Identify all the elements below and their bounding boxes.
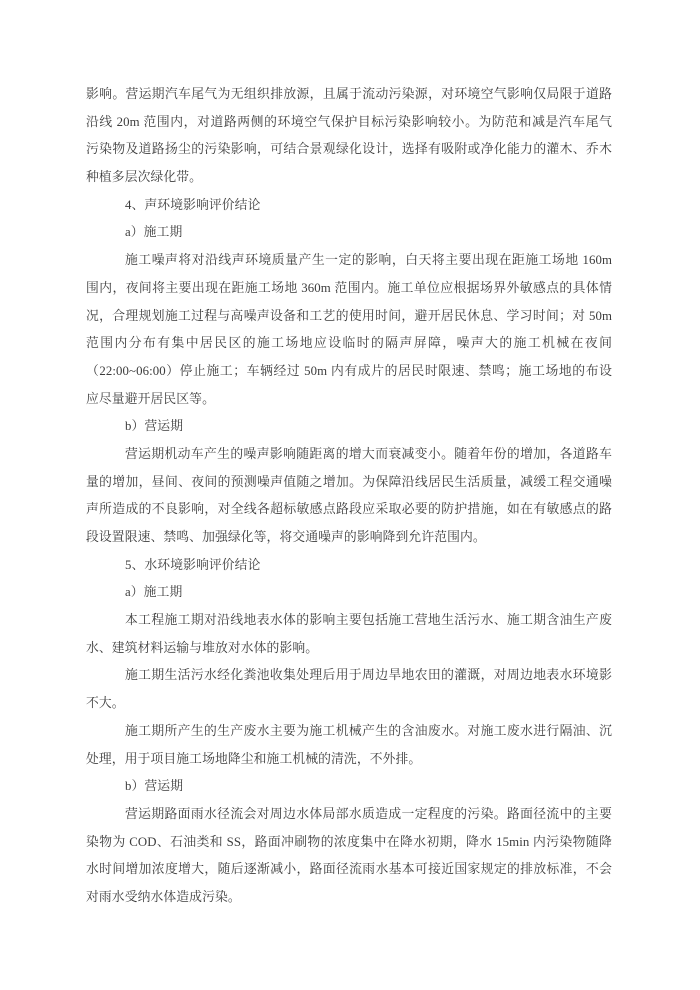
section: b）营运期 — [86, 773, 612, 801]
section: b）营运期 — [86, 413, 612, 441]
section: a）施工期 — [86, 579, 612, 607]
paragraph: 本工程施工期对沿线地表水体的影响主要包括施工营地生活污水、施工期含油生产废 水、… — [86, 607, 612, 662]
body-text-line: 水、建筑材料运输与堆放对水体的影响。 — [86, 635, 612, 663]
paragraph: 营运期机动车产生的噪声影响随距离的增大而衰减变小。随着年份的增加，各道路车流 量… — [86, 441, 612, 552]
body-text-line: 营运期机动车产生的噪声影响随距离的增大而衰减变小。随着年份的增加，各道路车流 — [86, 441, 612, 469]
section-heading: 5、水环境影响评价结论 — [86, 552, 612, 580]
body-text-line: 施工期生活污水经化粪池收集处理后用于周边旱地农田的灌溉，对周边地表水环境影响 — [86, 662, 612, 690]
body-text-line: 应尽量避开居民区等。 — [86, 386, 612, 414]
paragraph: 施工噪声将对沿线声环境质量产生一定的影响，白天将主要出现在距施工场地 160m … — [86, 247, 612, 413]
body-text-line: 段设置限速、禁鸣、加强绿化等，将交通噪声的影响降到允许范围内。 — [86, 524, 612, 552]
paragraph: 影响。营运期汽车尾气为无组织排放源，且属于流动污染源，对环境空气影响仅局限于道路… — [86, 81, 612, 192]
body-text-line: 营运期路面雨水径流会对周边水体局部水质造成一定程度的污染。路面径流中的主要污 — [86, 801, 612, 829]
body-text-line: 不大。 — [86, 690, 612, 718]
body-text-line: 量的增加，昼间、夜间的预测噪声值随之增加。为保障沿线居民生活质量，减缓工程交通噪 — [86, 469, 612, 497]
section: a）施工期 — [86, 219, 612, 247]
subsection-heading: b）营运期 — [86, 773, 612, 801]
body-text-line: 围内，夜间将主要出现在距施工场地 360m 范围内。施工单位应根据场界外敏感点的… — [86, 275, 612, 303]
body-text-line: 声所造成的不良影响，对全线各超标敏感点路段应采取必要的防护措施，如在有敏感点的路 — [86, 496, 612, 524]
section-heading: 4、声环境影响评价结论 — [86, 192, 612, 220]
subsection-heading: b）营运期 — [86, 413, 612, 441]
body-text-line: 影响。营运期汽车尾气为无组织排放源，且属于流动污染源，对环境空气影响仅局限于道路 — [86, 81, 612, 109]
body-text-line: 况，合理规划施工过程与高噪声设备和工艺的使用时间，避开居民休息、学习时间；对 5… — [86, 303, 612, 331]
subsection-heading: a）施工期 — [86, 219, 612, 247]
paragraph: 施工期所产生的生产废水主要为施工机械产生的含油废水。对施工废水进行隔油、沉渣 处… — [86, 718, 612, 773]
body-text-line: 水时间增加浓度增大，随后逐渐减小，路面径流雨水基本可接近国家规定的排放标准，不会 — [86, 856, 612, 884]
body-text-line: 处理，用于项目施工场地降尘和施工机械的清洗，不外排。 — [86, 746, 612, 774]
body-text-line: 染物为 COD、石油类和 SS，路面冲刷物的浓度集中在降水初期，降水 15min… — [86, 829, 612, 857]
body-text-line: 本工程施工期对沿线地表水体的影响主要包括施工营地生活污水、施工期含油生产废 — [86, 607, 612, 635]
paragraph: 施工期生活污水经化粪池收集处理后用于周边旱地农田的灌溉，对周边地表水环境影响 不… — [86, 662, 612, 717]
paragraph: 营运期路面雨水径流会对周边水体局部水质造成一定程度的污染。路面径流中的主要污 染… — [86, 801, 612, 912]
body-text-line: （22:00~06:00）停止施工；车辆经过 50m 内有成片的居民时限速、禁鸣… — [86, 358, 612, 386]
body-text-line: 对雨水受纳水体造成污染。 — [86, 884, 612, 912]
page-text-body: 影响。营运期汽车尾气为无组织排放源，且属于流动污染源，对环境空气影响仅局限于道路… — [86, 81, 612, 912]
subsection-heading: a）施工期 — [86, 579, 612, 607]
body-text-line: 种植多层次绿化带。 — [86, 164, 612, 192]
section: 4、声环境影响评价结论 — [86, 192, 612, 220]
body-text-line: 施工噪声将对沿线声环境质量产生一定的影响，白天将主要出现在距施工场地 160m … — [86, 247, 612, 275]
body-text-line: 沿线 20m 范围内，对道路两侧的环境空气保护目标污染影响较小。为防范和减是汽车… — [86, 109, 612, 137]
document-page: 影响。营运期汽车尾气为无组织排放源，且属于流动污染源，对环境空气影响仅局限于道路… — [0, 0, 700, 990]
body-text-line: 施工期所产生的生产废水主要为施工机械产生的含油废水。对施工废水进行隔油、沉渣 — [86, 718, 612, 746]
body-text-line: 污染物及道路扬尘的污染影响，可结合景观绿化设计，选择有吸附或净化能力的灌木、乔木 — [86, 136, 612, 164]
section: 5、水环境影响评价结论 — [86, 552, 612, 580]
body-text-line: 范围内分布有集中居民区的施工场地应设临时的隔声屏障，噪声大的施工机械在夜间 — [86, 330, 612, 358]
